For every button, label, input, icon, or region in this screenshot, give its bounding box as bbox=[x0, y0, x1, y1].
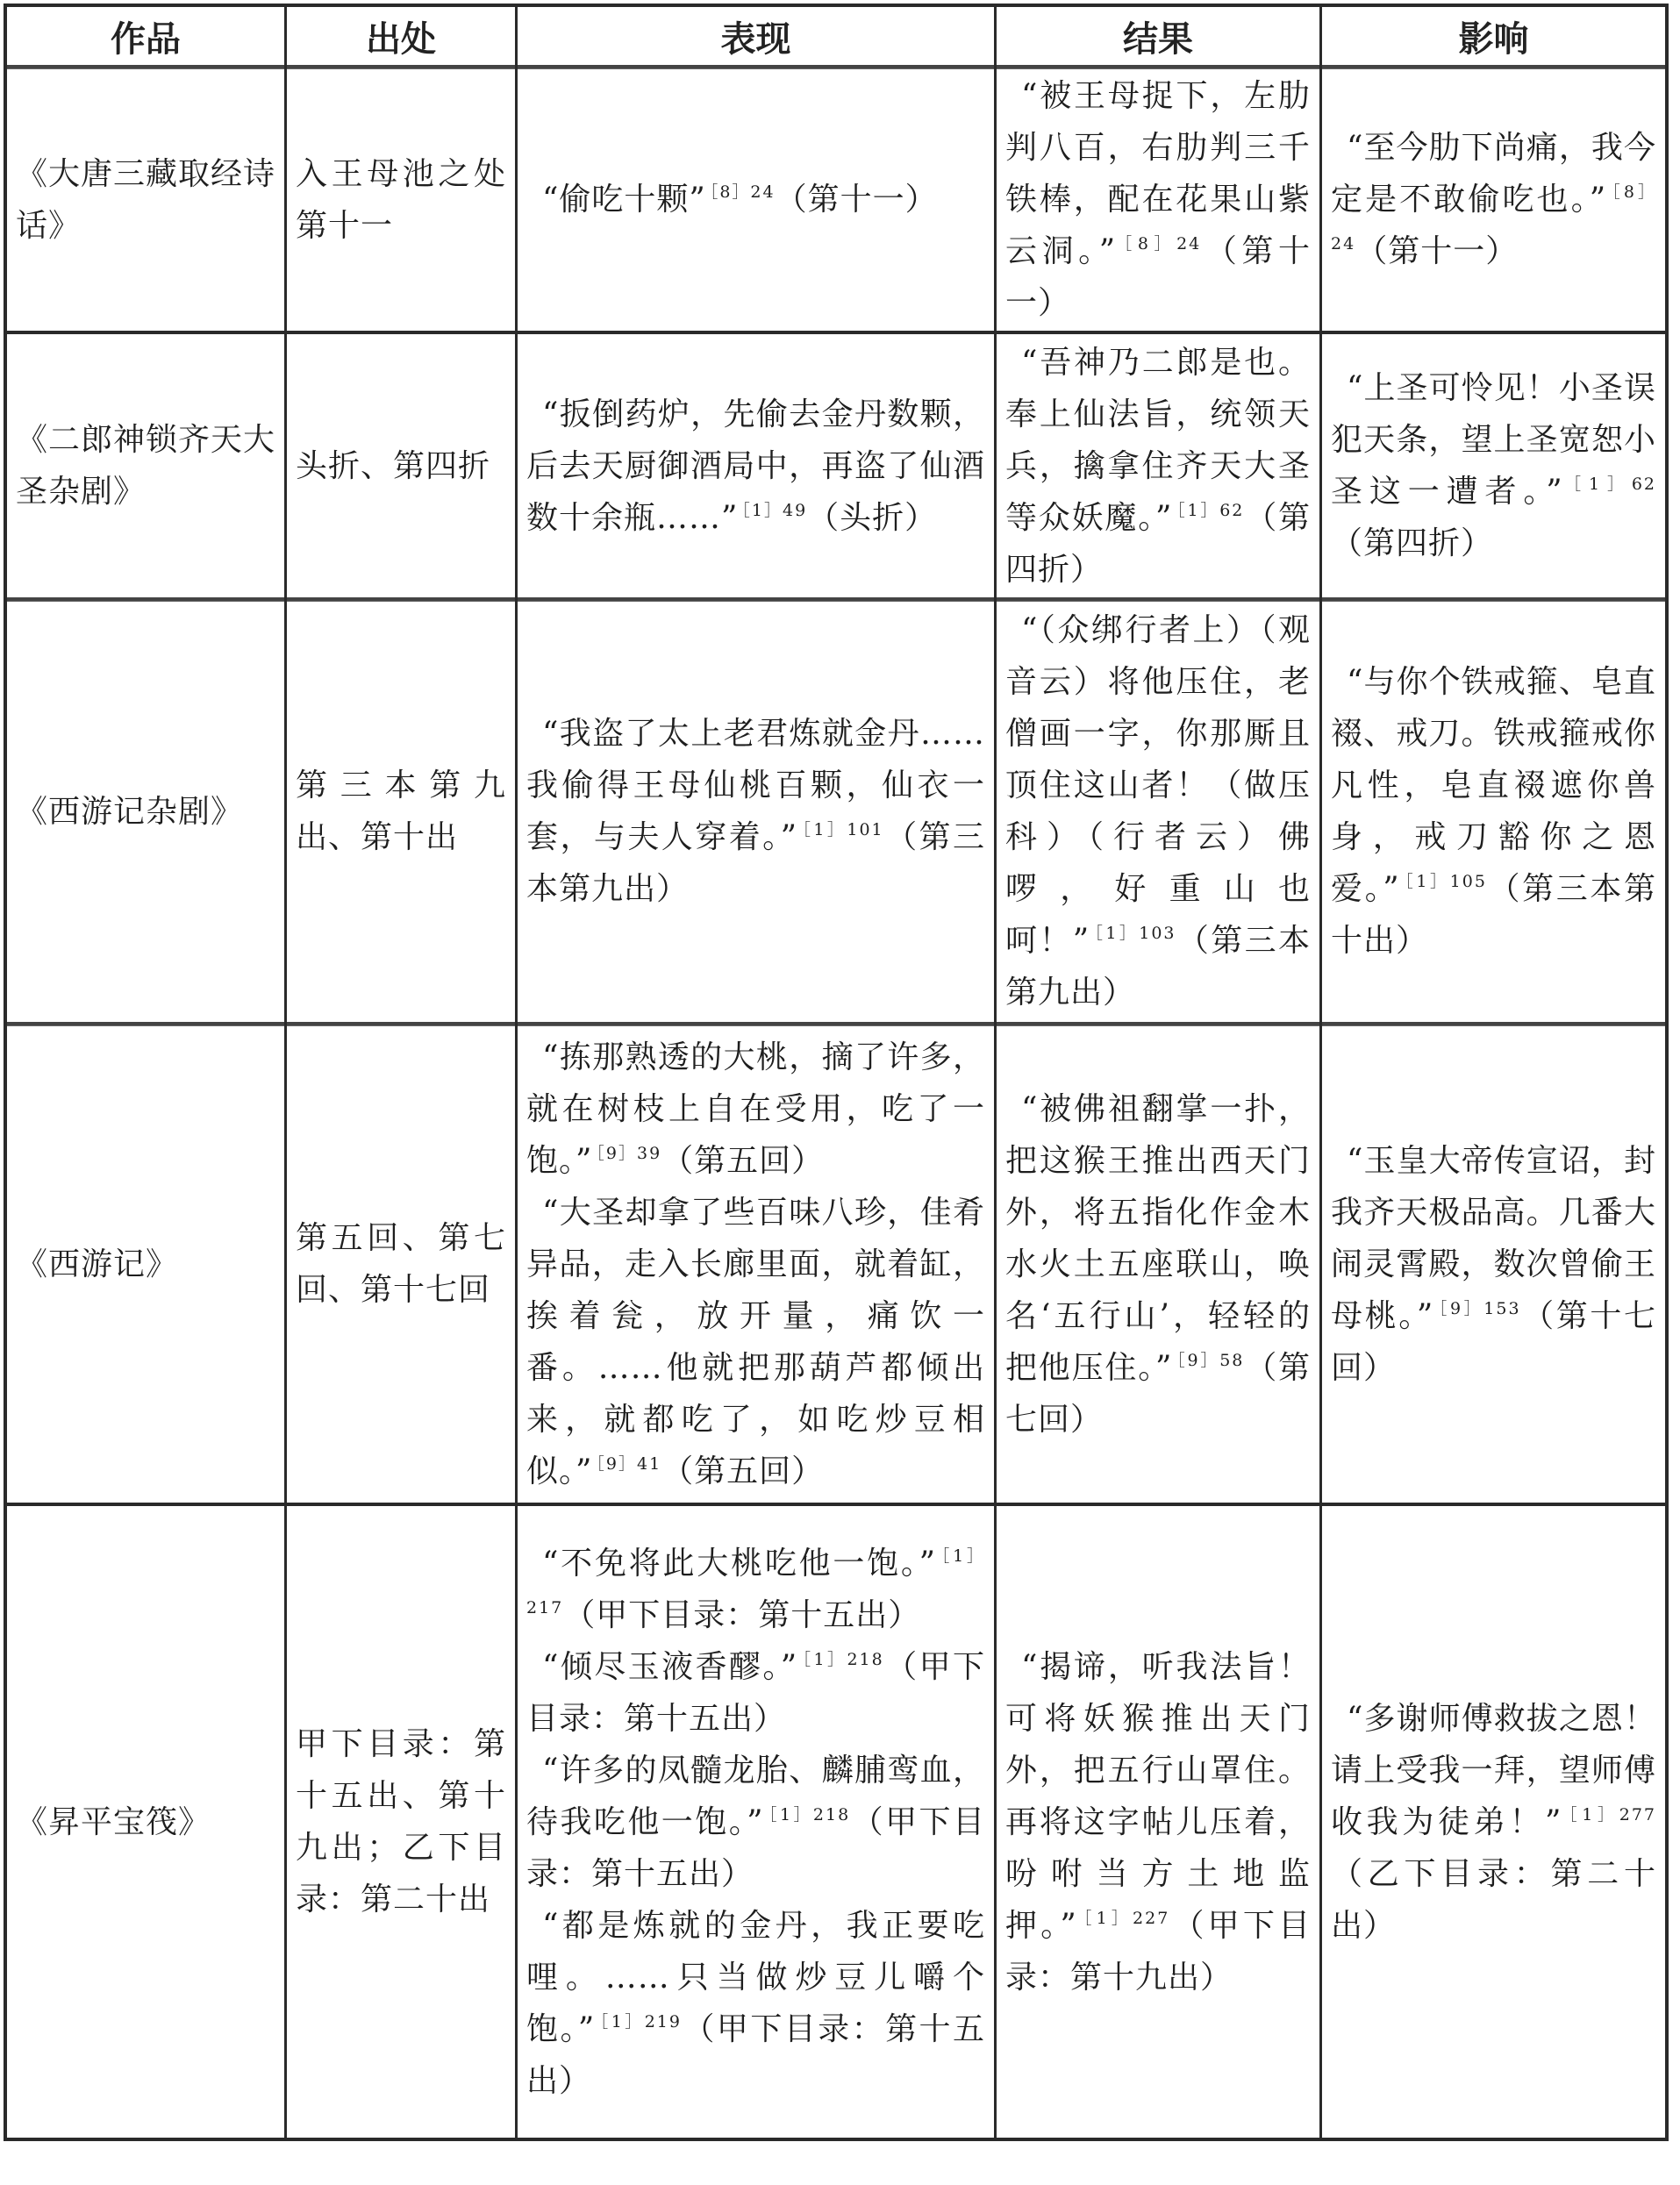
quote-paragraph: “许多的凤髓龙胎、麟脯鸾血，待我吃他一饱。”［1］218（甲下目录：第十五出） bbox=[526, 1745, 985, 1900]
header-source: 出处 bbox=[287, 7, 515, 65]
quote-text: （第五回） bbox=[661, 1453, 824, 1489]
citation-reference: ［1］101 bbox=[797, 820, 884, 839]
cell-work-text: 《西游记杂剧》 bbox=[16, 786, 275, 838]
citation-reference: ［1］105 bbox=[1400, 872, 1487, 891]
cell-impact: “与你个铁戒箍、皂直裰、戒刀。铁戒箍戒你凡性，皂直裰遮你兽身，戒刀豁你之恩爱。”… bbox=[1322, 601, 1665, 1022]
cell-source-text: 入王母池之处第十一 bbox=[296, 148, 506, 252]
quote-paragraph: “被佛祖翻掌一扑，把这猴王推出西天门外，将五指化作金木水火土五座联山，唤名‘五行… bbox=[1005, 1083, 1311, 1446]
quote-text: “至今肋下尚痛，我今定是不敢偷吃也。” bbox=[1331, 130, 1656, 218]
cell-performance: “扳倒药炉，先偷去金丹数颗，后去天厨御酒局中，再盗了仙酒数十余瓶……”［1］49… bbox=[518, 334, 994, 597]
citation-reference: ［8］24 bbox=[706, 182, 776, 202]
cell-work: 《西游记》 bbox=[7, 1025, 284, 1503]
cell-source-text: 第五回、第七回、第十七回 bbox=[296, 1212, 506, 1316]
quote-text: （第五回） bbox=[661, 1143, 824, 1179]
cell-performance: “偷吃十颗”［8］24（第十一） bbox=[518, 68, 994, 331]
quote-paragraph: “拣那熟透的大桃，摘了许多，就在树枝上自在受用，吃了一饱。”［9］39（第五回） bbox=[526, 1032, 985, 1187]
quote-text: “被佛祖翻掌一扑，把这猴王推出西天门外，将五指化作金木水火土五座联山，唤名‘五行… bbox=[1005, 1091, 1311, 1386]
quote-text: “（众绑行者上）（观音云）将他压住，老僧画一字，你那厮且顶住这山者！（做压科）（… bbox=[1005, 612, 1311, 959]
citation-reference: ［1］103 bbox=[1090, 924, 1176, 943]
cell-source-text: 甲下目录：第十五出、第十九出；乙下目录：第二十出 bbox=[296, 1718, 506, 1925]
cell-performance: “拣那熟透的大桃，摘了许多，就在树枝上自在受用，吃了一饱。”［9］39（第五回）… bbox=[518, 1025, 994, 1503]
cell-source: 甲下目录：第十五出、第十九出；乙下目录：第二十出 bbox=[287, 1506, 515, 2138]
quote-paragraph: “偷吃十颗”［8］24（第十一） bbox=[526, 174, 985, 225]
quote-text: “不免将此大桃吃他一饱。” bbox=[542, 1546, 936, 1582]
quote-paragraph: “（众绑行者上）（观音云）将他压住，老僧画一字，你那厮且顶住这山者！（做压科）（… bbox=[1005, 604, 1311, 1018]
cell-result: “被佛祖翻掌一扑，把这猴王推出西天门外，将五指化作金木水火土五座联山，唤名‘五行… bbox=[997, 1025, 1319, 1503]
citation-reference: ［1］62 bbox=[1172, 501, 1244, 520]
header-performance: 表现 bbox=[518, 7, 994, 65]
cell-source: 第三本第九出、第十出 bbox=[287, 601, 515, 1022]
quote-text: （乙下目录：第二十出） bbox=[1331, 1856, 1656, 1944]
citation-reference: ［1］227 bbox=[1077, 1909, 1170, 1928]
quote-paragraph: “上圣可怜见！小圣误犯天条，望上圣宽恕小圣这一遭者。”［1］62（第四折） bbox=[1331, 362, 1656, 569]
quote-paragraph: “扳倒药炉，先偷去金丹数颗，后去天厨御酒局中，再盗了仙酒数十余瓶……”［1］49… bbox=[526, 389, 985, 544]
cell-work-text: 《大唐三藏取经诗话》 bbox=[16, 148, 275, 252]
header-result: 结果 bbox=[997, 7, 1319, 65]
quote-text: “偷吃十颗” bbox=[542, 182, 706, 218]
quote-paragraph: “与你个铁戒箍、皂直裰、戒刀。铁戒箍戒你凡性，皂直裰遮你兽身，戒刀豁你之恩爱。”… bbox=[1331, 656, 1656, 967]
cell-impact: “至今肋下尚痛，我今定是不敢偷吃也。”［8］24（第十一） bbox=[1322, 68, 1665, 331]
citation-reference: ［1］218 bbox=[764, 1805, 851, 1824]
cell-work: 《昇平宝筏》 bbox=[7, 1506, 284, 2138]
citation-reference: ［1］277 bbox=[1562, 1805, 1656, 1824]
quote-paragraph: “吾神乃二郎是也。奉上仙法旨，统领天兵，擒拿住齐天大圣等众妖魔。”［1］62（第… bbox=[1005, 337, 1311, 596]
cell-impact: “上圣可怜见！小圣误犯天条，望上圣宽恕小圣这一遭者。”［1］62（第四折） bbox=[1322, 334, 1665, 597]
quote-paragraph: “都是炼就的金丹，我正要吃哩。……只当做炒豆儿嚼个饱。”［1］219（甲下目录：… bbox=[526, 1900, 985, 2107]
quote-text: （头折） bbox=[807, 500, 937, 536]
quote-paragraph: “被王母捉下，左肋判八百，右肋判三千铁棒，配在花果山紫云洞。”［8］24（第十一… bbox=[1005, 70, 1311, 329]
cell-result: “（众绑行者上）（观音云）将他压住，老僧画一字，你那厮且顶住这山者！（做压科）（… bbox=[997, 601, 1319, 1022]
cell-result: “吾神乃二郎是也。奉上仙法旨，统领天兵，擒拿住齐天大圣等众妖魔。”［1］62（第… bbox=[997, 334, 1319, 597]
quote-paragraph: “至今肋下尚痛，我今定是不敢偷吃也。”［8］24（第十一） bbox=[1331, 122, 1656, 277]
quote-paragraph: “多谢师傅救拔之恩！请上受我一拜，望师傅收我为徒弟！”［1］277（乙下目录：第… bbox=[1331, 1693, 1656, 1952]
cell-work-text: 《二郎神锁齐天大圣杂剧》 bbox=[16, 414, 275, 518]
cell-work: 《西游记杂剧》 bbox=[7, 601, 284, 1022]
cell-source: 第五回、第七回、第十七回 bbox=[287, 1025, 515, 1503]
citation-reference: ［1］49 bbox=[738, 501, 807, 520]
header-work: 作品 bbox=[7, 7, 284, 65]
cell-result: “揭谛，听我法旨！可将妖猴推出天门外，把五行山罩住。再将这字帖儿压着，吩咐当方土… bbox=[997, 1506, 1319, 2138]
cell-performance: “我盗了太上老君炼就金丹……我偷得王母仙桃百颗，仙衣一套，与夫人穿着。”［1］1… bbox=[518, 601, 994, 1022]
cell-work: 《大唐三藏取经诗话》 bbox=[7, 68, 284, 331]
citation-reference: ［1］218 bbox=[797, 1650, 884, 1669]
cell-work: 《二郎神锁齐天大圣杂剧》 bbox=[7, 334, 284, 597]
cell-work-text: 《昇平宝筏》 bbox=[16, 1796, 275, 1848]
quote-paragraph: “大圣却拿了些百味八珍，佳肴异品，走入长廊里面，就着缸，挨着瓮，放开量，痛饮一番… bbox=[526, 1187, 985, 1497]
quote-paragraph: “不免将此大桃吃他一饱。”［1］217（甲下目录：第十五出） bbox=[526, 1538, 985, 1641]
quote-text: “揭谛，听我法旨！可将妖猴推出天门外，把五行山罩住。再将这字帖儿压着，吩咐当方土… bbox=[1005, 1649, 1311, 1944]
citation-reference: ［9］39 bbox=[592, 1144, 661, 1163]
quote-text: （第十一） bbox=[1355, 233, 1518, 269]
quote-paragraph: “我盗了太上老君炼就金丹……我偷得王母仙桃百颗，仙衣一套，与夫人穿着。”［1］1… bbox=[526, 708, 985, 915]
quote-text: （第四折） bbox=[1331, 525, 1493, 561]
citation-reference: ［9］153 bbox=[1433, 1299, 1520, 1318]
cell-performance: “不免将此大桃吃他一饱。”［1］217（甲下目录：第十五出）“倾尽玉液香醪。”［… bbox=[518, 1506, 994, 2138]
citation-reference: ［8］24 bbox=[1116, 234, 1201, 253]
citation-reference: ［1］219 bbox=[595, 2012, 682, 2031]
cell-impact: “玉皇大帝传宣诏，封我齐天极品高。几番大闹灵霄殿，数次曾偷王母桃。”［9］153… bbox=[1322, 1025, 1665, 1503]
cell-source-text: 头折、第四折 bbox=[296, 440, 506, 492]
citation-reference: ［1］62 bbox=[1563, 475, 1656, 494]
cell-work-text: 《西游记》 bbox=[16, 1239, 275, 1290]
header-impact: 影响 bbox=[1322, 7, 1665, 65]
comparison-table: 作品 出处 表现 结果 影响 《大唐三藏取经诗话》入王母池之处第十一“偷吃十颗”… bbox=[4, 4, 1669, 2141]
quote-text: “大圣却拿了些百味八珍，佳肴异品，走入长廊里面，就着缸，挨着瓮，放开量，痛饮一番… bbox=[526, 1195, 985, 1489]
cell-result: “被王母捉下，左肋判八百，右肋判三千铁棒，配在花果山紫云洞。”［8］24（第十一… bbox=[997, 68, 1319, 331]
quote-paragraph: “倾尽玉液香醪。”［1］218（甲下目录：第十五出） bbox=[526, 1641, 985, 1745]
quote-text: “倾尽玉液香醪。” bbox=[542, 1649, 797, 1685]
cell-impact: “多谢师傅救拔之恩！请上受我一拜，望师傅收我为徒弟！”［1］277（乙下目录：第… bbox=[1322, 1506, 1665, 2138]
quote-paragraph: “玉皇大帝传宣诏，封我齐天极品高。几番大闹灵霄殿，数次曾偷王母桃。”［9］153… bbox=[1331, 1135, 1656, 1394]
quote-text: （第十一） bbox=[776, 182, 938, 218]
cell-source: 入王母池之处第十一 bbox=[287, 68, 515, 331]
citation-reference: ［9］41 bbox=[592, 1454, 661, 1474]
quote-paragraph: “揭谛，听我法旨！可将妖猴推出天门外，把五行山罩住。再将这字帖儿压着，吩咐当方土… bbox=[1005, 1641, 1311, 2003]
quote-text: （甲下目录：第十五出） bbox=[563, 1597, 920, 1633]
cell-source-text: 第三本第九出、第十出 bbox=[296, 760, 506, 863]
cell-source: 头折、第四折 bbox=[287, 334, 515, 597]
citation-reference: ［9］58 bbox=[1172, 1351, 1244, 1370]
